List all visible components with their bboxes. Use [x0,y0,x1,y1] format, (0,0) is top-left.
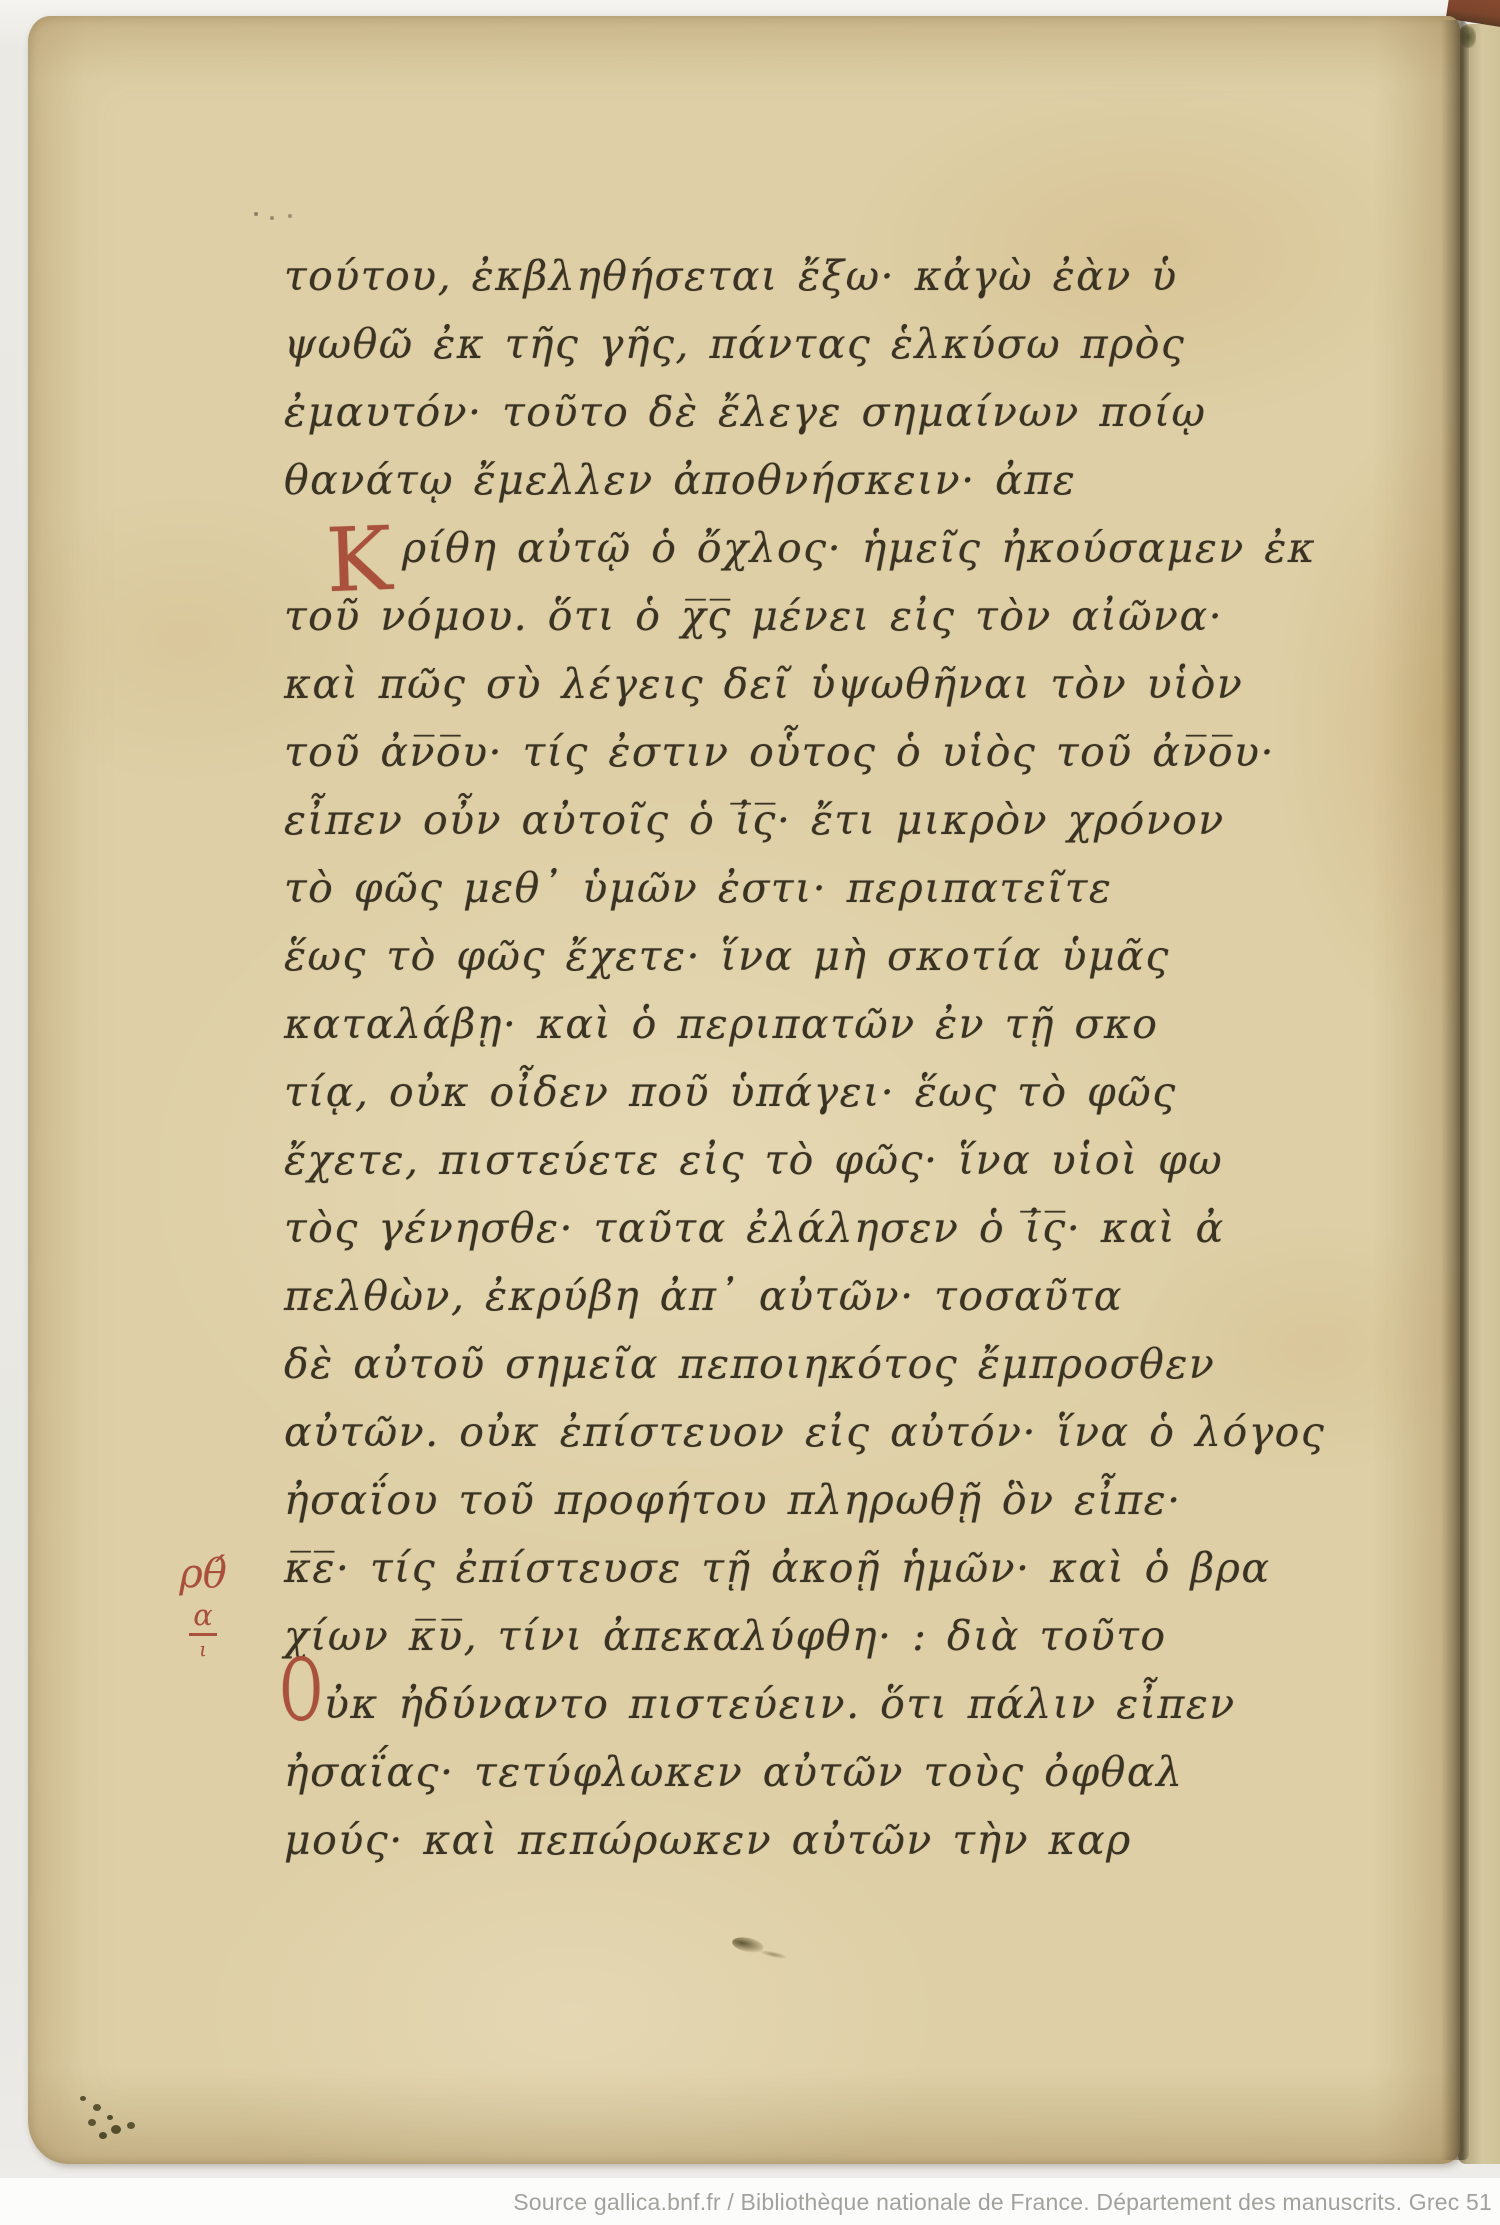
manuscript-line: ἔχετε, πιστεύετε εἰς τὸ φῶς· ἵνα υἱοὶ φω [284,1126,1424,1194]
manuscript-line: τούτου, ἐκβληθήσεται ἔξω· κἀγὼ ἐὰν ὑ [284,242,1424,310]
manuscript-line: ἐμαυτόν· τοῦτο δὲ ἔλεγε σημαίνων ποίῳ [284,378,1424,446]
manuscript-line: ὐκ ἠδύναντο πιστεύειν. ὅτι πάλιν εἶπεν [284,1670,1424,1738]
parchment-specks-top [254,212,314,236]
gutter-shadow [1441,20,1469,2160]
marginal-rubric-note: ρθ́ α ι [168,1552,238,1660]
scan-viewport: τούτου, ἐκβληθήσεται ἔξω· κἀγὼ ἐὰν ὑ ψωθ… [0,0,1500,2225]
manuscript-line: ψωθῶ ἐκ τῆς γῆς, πάντας ἑλκύσω πρὸς [284,310,1424,378]
manuscript-line: πελθὼν, ἐκρύβη ἀπ᾽ αὐτῶν· τοσαῦτα [284,1262,1424,1330]
parchment-specks-corner [80,2096,160,2156]
manuscript-line: τίᾳ, οὐκ οἶδεν ποῦ ὑπάγει· ἕως τὸ φῶς [284,1058,1424,1126]
marginal-note-number: ρθ́ [168,1552,238,1596]
credit-text: Source gallica.bnf.fr / Bibliothèque nat… [513,2189,1492,2216]
manuscript-page: τούτου, ἐκβληθήσεται ἔξω· κἀγὼ ἐὰν ὑ ψωθ… [28,16,1460,2164]
manuscript-line: χίων κ̅υ̅, τίνι ἀπεκαλύφθη· : διὰ τοῦτο [284,1602,1424,1670]
manuscript-line: εἶπεν οὖν αὐτοῖς ὁ ἰ̅ς̅· ἔτι μικρὸν χρόν… [284,786,1424,854]
ink-smudge [731,1935,765,1955]
credit-bar: Source gallica.bnf.fr / Bibliothèque nat… [0,2178,1500,2225]
manuscript-line: ἠσαΐας· τετύφλωκεν αὐτῶν τοὺς ὀφθαλ [284,1738,1424,1806]
rubric-initial-kappa: Κ [324,515,393,605]
manuscript-line: ἕως τὸ φῶς ἔχετε· ἵνα μὴ σκοτία ὑμᾶς [284,922,1424,990]
manuscript-text-block: τούτου, ἐκβληθήσεται ἔξω· κἀγὼ ἐὰν ὑ ψωθ… [284,242,1424,1874]
marginal-note-letter: α [189,1600,217,1636]
marginal-note-tick: ι [168,1638,238,1660]
manuscript-line: μούς· καὶ πεπώρωκεν αὐτῶν τὴν καρ [284,1806,1424,1874]
manuscript-line: κ̅ε̅· τίς ἐπίστευσε τῇ ἀκοῇ ἡμῶν· καὶ ὁ … [284,1534,1424,1602]
manuscript-line: ρίθη αὐτῷ ὁ ὄχλος· ἡμεῖς ἠκούσαμεν ἐκ [284,514,1424,582]
manuscript-line: αὐτῶν. οὐκ ἐπίστευον εἰς αὐτόν· ἵνα ὁ λό… [284,1398,1424,1466]
manuscript-line: τοῦ νόμου. ὅτι ὁ χ̅ς̅ μένει εἰς τὸν αἰῶν… [284,582,1424,650]
manuscript-line: θανάτῳ ἔμελλεν ἀποθνήσκειν· ἀπε [284,446,1424,514]
rubric-initial-omicron: Ο [280,1648,322,1734]
manuscript-line: δὲ αὐτοῦ σημεῖα πεποιηκότος ἔμπροσθεν [284,1330,1424,1398]
manuscript-line: τὸ φῶς μεθ᾽ ὑμῶν ἐστι· περιπατεῖτε [284,854,1424,922]
manuscript-line: τοῦ ἀν̅ο̅υ· τίς ἐστιν οὗτος ὁ υἱὸς τοῦ ἀ… [284,718,1424,786]
manuscript-line: ἠσαΐου τοῦ προφήτου πληρωθῇ ὃν εἶπε· [284,1466,1424,1534]
manuscript-line: καὶ πῶς σὺ λέγεις δεῖ ὑψωθῆναι τὸν υἱὸν [284,650,1424,718]
manuscript-line: τὸς γένησθε· ταῦτα ἐλάλησεν ὁ ἰ̅ς̅· καὶ … [284,1194,1424,1262]
manuscript-line: καταλάβῃ· καὶ ὁ περιπατῶν ἐν τῇ σκο [284,990,1424,1058]
